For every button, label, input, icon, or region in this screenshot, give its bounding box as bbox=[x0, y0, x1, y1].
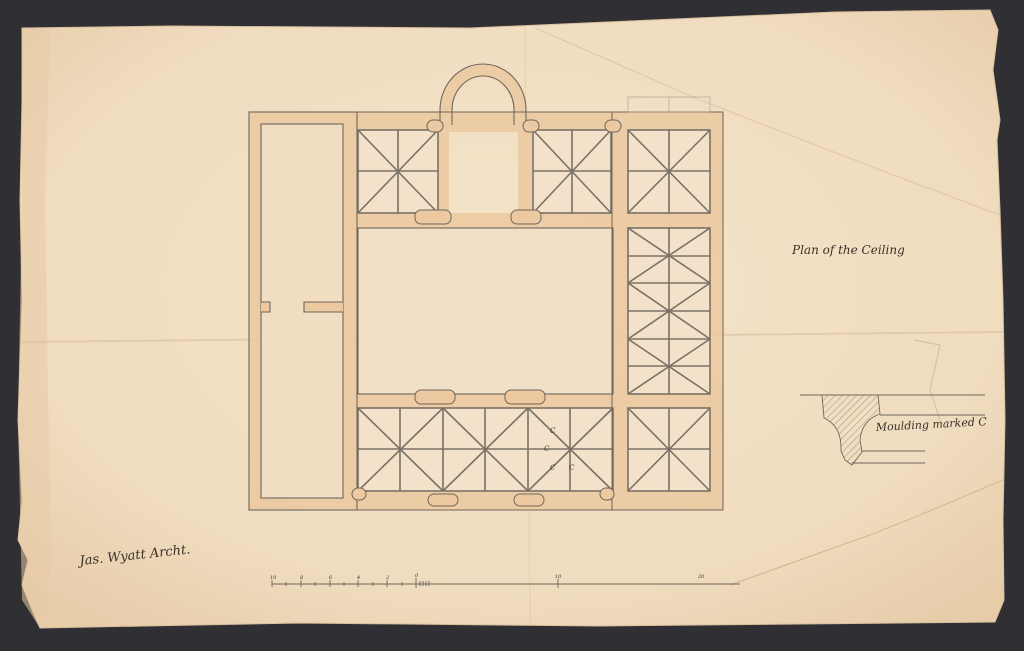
left-edge-stain bbox=[18, 28, 52, 628]
scale-tick-label: 20 bbox=[697, 574, 705, 580]
bay-mark: C bbox=[544, 445, 550, 453]
bay-mark: C bbox=[550, 464, 556, 472]
bay-mark: C bbox=[550, 427, 556, 435]
drawing-stage: C C C C Moulding marked C Plan of the Ce… bbox=[0, 0, 1024, 651]
scale-tick-label: 10 bbox=[270, 575, 277, 581]
scale-tick-label: 8 bbox=[300, 575, 303, 581]
drawing-title: Plan of the Ceiling bbox=[791, 243, 905, 257]
scanned-drawing: C C C C Moulding marked C Plan of the Ce… bbox=[0, 0, 1024, 651]
ceiling-plan: C C C C bbox=[249, 64, 723, 510]
scale-tick-label: 10 bbox=[555, 574, 562, 580]
scale-tick-label: 2 bbox=[385, 575, 389, 581]
scale-tick-label: 4 bbox=[356, 575, 360, 581]
bay-mark: C bbox=[569, 464, 575, 472]
central-court bbox=[358, 228, 613, 394]
